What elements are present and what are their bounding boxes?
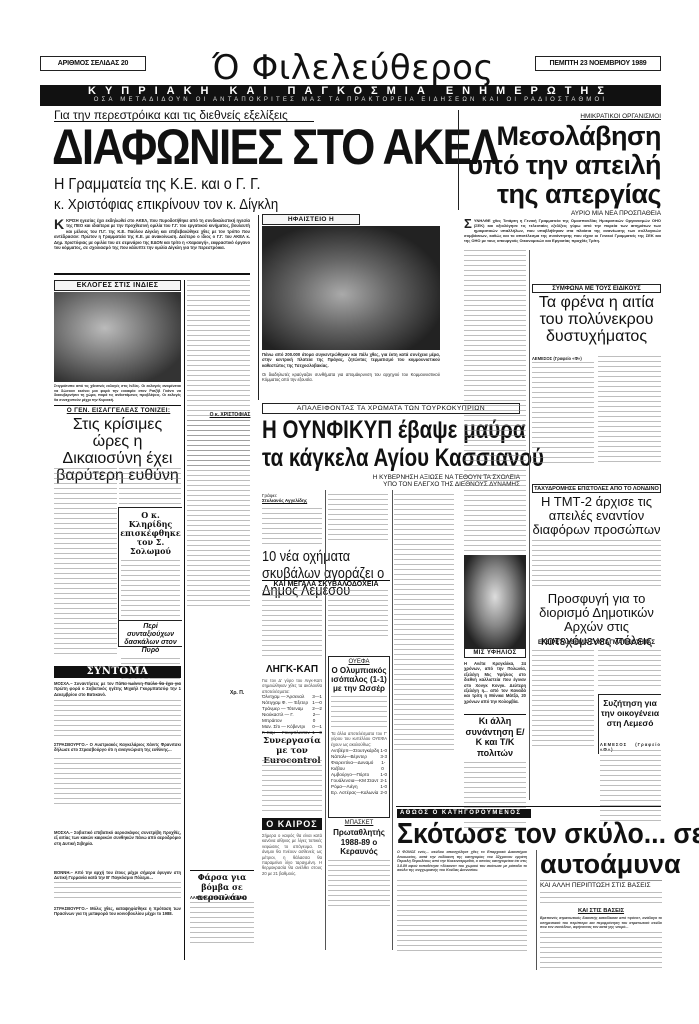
bases-subheader: ΚΑΙ ΣΤΙΣ ΒΑΣΕΙΣ — [540, 908, 662, 914]
divider — [396, 806, 661, 807]
justice-body-col-2 — [119, 468, 181, 508]
page-number-box: ΑΡΙΘΜΟΣ ΣΕΛΙΔΑΣ 20 — [40, 56, 146, 71]
divider — [464, 714, 526, 715]
dog-headline-2: αυτοάμυνα — [540, 850, 670, 879]
india-election-photo — [54, 292, 181, 382]
municipal-body-col-1 — [532, 650, 594, 750]
miss-world-label: ΜΙΣ ΥΦΗΛΙΟΣ — [464, 648, 526, 658]
divider — [262, 732, 322, 733]
brakes-headline: Τα φρένα η αιτία του πολύνεκρου δυστυχήμ… — [532, 294, 661, 345]
domestic-brief-item: ΣΤΡΑΣΒΟΥΡΓΟ.– Ο Αυστριακός Καγκελάριος Χ… — [54, 742, 181, 753]
klirides-headline: Ο κ. Κληρίδης επισκέφθηκε τον Σ. Σολωμού — [119, 508, 182, 556]
tmt-headline: Η ΤΜΤ-2 άρχισε τις απειλές εναντίον διαφ… — [532, 495, 661, 537]
dog-body — [397, 880, 527, 955]
dog-kicker: ΑΘΩΟΣ Ο ΚΑΤΗΓΟΡΟΥΜΕΝΟΣ — [397, 809, 531, 818]
trucks-subhead: ΚΑΙ ΜΕΓΑΛΑ ΣΚΥΒΑΛΟΔΟΧΕΙΑ — [262, 580, 390, 588]
divider — [190, 870, 254, 871]
divider — [258, 215, 259, 400]
lead-subhead-1: Η Γραμματεία της Κ.Ε. και ο Γ. Γ. — [54, 176, 243, 194]
justice-kicker: Ο ΓΕΝ. ΕΙΣΑΓΓΕΛΕΑΣ ΤΟΝΙΖΕΙ: — [56, 407, 181, 414]
eurocontrol-body — [262, 760, 322, 815]
column-rule — [392, 490, 393, 950]
lead-body-col-2 — [187, 420, 250, 610]
klirides-box: Ο κ. Κληρίδης επισκέφθηκε τον Σ. Σολωμού… — [118, 507, 182, 647]
india-photo-caption: Στιγμιότυπο από τις χθεσινές εκλογές στι… — [54, 384, 181, 402]
column-rule — [184, 280, 185, 960]
weather-text: Σήμερα ο καιρός θα είναι κατά κανόνα αίθ… — [262, 833, 322, 876]
domestic-brief-item: ΜΟΣΧΑ.– Συναντήσεις με τον Πάπα Ιωάννη Π… — [54, 681, 181, 697]
strike-kicker: ΗΜΙΚΡΑΤΙΚΟΙ ΟΡΓΑΝΙΣΜΟΙ — [460, 113, 661, 120]
domestic-brief-item: ΣΤΡΑΣΒΟΥΡΓΟ.– Μόλις χθες, καταψηφίσθηκε … — [54, 906, 181, 917]
family-body — [600, 750, 661, 825]
bomb-scare-dateline: ΛΑΡΝΑΚΑ (Του αντ/στή μας) — [190, 895, 254, 900]
league-cup-headline: ΛΗΓΚ-ΚΑΠ — [262, 664, 322, 675]
gk-tk-headline: Κι άλλη συνάντηση Ε/Κ και Τ/Κ πολιτών — [464, 716, 526, 758]
justice-body-col-1 — [54, 468, 117, 658]
family-headline: Συζήτηση για την οικογένεια στη Λεμεσό — [599, 698, 661, 728]
strike-subhead: ΑΥΡΙΟ ΜΙΑ ΝΕΑ ΠΡΟΣΠΑΘΕΙΑ — [460, 210, 661, 217]
band-title: ΚΥΠΡΙΑΚΗ ΚΑΙ ΠΑΓΚΟΣΜΙΑ ΕΝΗΜΕΡΩΤΗΣ — [40, 85, 661, 97]
unficyp-body-col-1 — [262, 508, 322, 548]
dog-subhead: ΚΑΙ ΑΛΛΗ ΠΕΡΙΠΤΩΣΗ ΣΤΙΣ ΒΑΣΕΙΣ — [540, 880, 662, 890]
basket-body — [328, 860, 390, 910]
league-cup-intro: Για τον Δ' γύρο του Λιγκ-Καπ σημειώθηκαν… — [262, 678, 322, 694]
uefa-results-intro: Τα άλλα αποτελέσματα του Γ' γύρου του κυ… — [331, 731, 387, 747]
weather-header: Ο ΚΑΙΡΟΣ — [262, 818, 322, 830]
divider — [54, 405, 181, 406]
uefa-kicker: ΟΥΕΦΑ — [329, 659, 389, 665]
unficyp-body-col-3 — [394, 494, 454, 754]
bases-body — [540, 932, 662, 972]
divider — [458, 110, 459, 210]
strike-intro: Σ ΥΝΗΛΘΕ χθες Τετάρτη η Γενική Γραμματεί… — [464, 218, 661, 243]
section-band: ΚΥΠΡΙΑΚΗ ΚΑΙ ΠΑΓΚΟΣΜΙΑ ΕΝΗΜΕΡΩΤΗΣ ΟΣΑ ΜΕ… — [40, 85, 661, 106]
column-rule — [529, 250, 530, 800]
strike-headline-2: υπό την απειλή — [460, 151, 661, 180]
basket-kicker: ΜΠΑΣΚΕΤ — [328, 820, 390, 826]
uefa-headline: Ο Ολυμπιακός ισόπαλος (1-1) με την Ωσσέρ — [329, 666, 389, 693]
result-row: Ερ. Αστέρας—Καλωνία2-0 — [331, 790, 387, 796]
domestic-brief-body — [54, 882, 181, 902]
lead-intro-text: ΚΡΙΣΗ ηγεσίας έχει εκδηλωθεί στο ΑΚΕΛ, π… — [54, 218, 250, 250]
band-subtitle: ΟΣΑ ΜΕΤΑΔΙΔΟΥΝ ΟΙ ΑΝΤΑΠΟΚΡΙΤΕΣ ΜΑΣ ΤΑ ΠΡ… — [40, 97, 661, 104]
divider — [54, 273, 250, 275]
brakes-dateline: ΛΕΜΕΣΟΣ (Γραφείο «Φ») — [532, 356, 594, 361]
column-rule — [325, 490, 326, 950]
dog-intro: Ο ΦΟΝΟΣ ενός... σκύλου απασχόλησε χθες τ… — [397, 850, 527, 873]
domestic-brief-body — [54, 700, 181, 740]
basket-headline: Πρωταθλητής 1988-89 ο Κεραυνός — [328, 828, 390, 857]
prague-protest-photo — [262, 226, 440, 350]
strike-intro-text: ΥΝΗΛΘΕ χθες Τετάρτη η Γενική Γραμματεία … — [464, 218, 661, 243]
domestic-brief-item: ΒΟΝΝΗ.– Από την αρχή του έτους μέχρι σήμ… — [54, 870, 181, 881]
tmt-body — [532, 540, 661, 590]
strike-body-col — [464, 250, 526, 560]
lead-subhead-2: κ. Χριστόφιας επικρίνουν τον κ. Δίγκλη — [54, 196, 239, 214]
trucks-body-col-1 — [262, 590, 322, 660]
lead-byline: Χρ. Π. — [230, 690, 244, 696]
tmt-kicker: ΤΑΧΥΔΡΟΜΗΣΕ ΕΠΙΣΤΟΛΕΣ ΑΠΟ ΤΟ ΛΟΝΔΙΝΟ — [532, 484, 661, 493]
dog-body-2 — [540, 892, 662, 906]
strike-headline-1: Μεσολάβηση — [460, 122, 661, 151]
miss-world-caption: Η Ανέτα Κρεγκλίκα, 24 χρόνων, από την Πο… — [464, 661, 526, 704]
dog-headline-1: Σκότωσε τον σκύλο... σε — [397, 819, 640, 850]
miss-world-photo — [464, 555, 526, 648]
municipal-subhead: ΕΓΕΙΡΕΤΑΙ ΘΕΜΑ ΣΥΝΤΑΓΜΑΤΙΚΟΤΗΤΑΣ — [532, 640, 661, 646]
lead-headline: ΔΙΑΦΩΝΙΕΣ ΣΤΟ ΑΚΕΛ — [52, 120, 316, 174]
issue-date: ΠΕΜΠΤΗ 23 ΝΟΕΜΒΡΙΟΥ 1989 — [550, 60, 647, 67]
brakes-body-col-2 — [598, 356, 661, 466]
czech-photo-label: ΗΦΑΙΣΤΕΙΟ Η ΤΣΕΧΟΣΛΟΒΑΚΙΑ — [262, 214, 360, 225]
trucks-body-col-2 — [328, 590, 388, 640]
czech-photo-caption-2: Οι διαδηλωτές κραύγαζαν συνθήματα για απ… — [262, 372, 440, 383]
bases-text: Βρεττανός στρατιωτικός δικαστής καταδίκα… — [540, 916, 662, 930]
strike-headline-3: της απεργίας — [460, 180, 661, 209]
lead-intro: Κ ΚΡΙΣΗ ηγεσίας έχει εκδηλωθεί στο ΑΚΕΛ,… — [54, 218, 250, 250]
result-row: Φιορεντίνα—Δυναμό Κιέβου1-0 — [331, 760, 387, 772]
league-cup-results: Όλντχαμ — Άρσεναλ3—1 Νότιγχαμ Φ. — Έξετε… — [262, 694, 322, 736]
pensioners-headline: Περί συνταξιούχων δασκάλων στον Πυρό — [119, 620, 182, 655]
czech-photo-caption: Πάνω από 200.000 άτομα συγκεντρώθηκαν κα… — [262, 352, 440, 368]
unficyp-body-col-2 — [328, 494, 388, 544]
uefa-box: ΟΥΕΦΑ Ο Ολυμπιακός ισόπαλος (1-1) με την… — [328, 656, 390, 818]
india-photo-label: ΕΚΛΟΓΕΣ ΣΤΙΣ ΙΝΔΙΕΣ — [54, 280, 181, 291]
brakes-kicker: ΣΥΜΦΩΝΑ ΜΕ ΤΟΥΣ ΕΙΔΙΚΟΥΣ — [532, 284, 661, 293]
domestic-brief-item: ΜΟΣΧΑ.– Σοβιετικό επιβατικό αεροσκάφος σ… — [54, 830, 181, 846]
masthead: Ό Φιλελεύθερος — [188, 48, 518, 84]
column-rule — [536, 850, 537, 970]
result-row: Νιούκαστλ — Γ. Μπράιτον2—0 — [262, 712, 322, 724]
christofias-subheader: Ο κ. ΧΡΙΣΤΟΦΙΑΣ — [205, 412, 255, 418]
domestic-brief-body — [54, 758, 181, 808]
bomb-scare-body — [190, 902, 254, 947]
date-box: ΠΕΜΠΤΗ 23 ΝΟΕΜΒΡΙΟΥ 1989 — [535, 56, 661, 71]
municipal-body-col-2 — [598, 650, 661, 690]
byline-name: Στυλιανός Αγγελίδης — [262, 498, 322, 503]
brakes-body-col-1 — [532, 362, 594, 466]
unficyp-byline: Γράφει: Στυλιανός Αγγελίδης — [262, 493, 322, 503]
uefa-results: Αντβέρπ—Στουτγκάρδη1-0 Νάπολι—Βέρντερ3-3… — [331, 748, 387, 796]
page-number: ΑΡΙΘΜΟΣ ΣΕΛΙΔΑΣ 20 — [58, 60, 128, 67]
domestic-brief-header: ΣΥΝΤΟΜΑ ΕΣΩΤΕΡΙΚΑ — [54, 666, 181, 678]
